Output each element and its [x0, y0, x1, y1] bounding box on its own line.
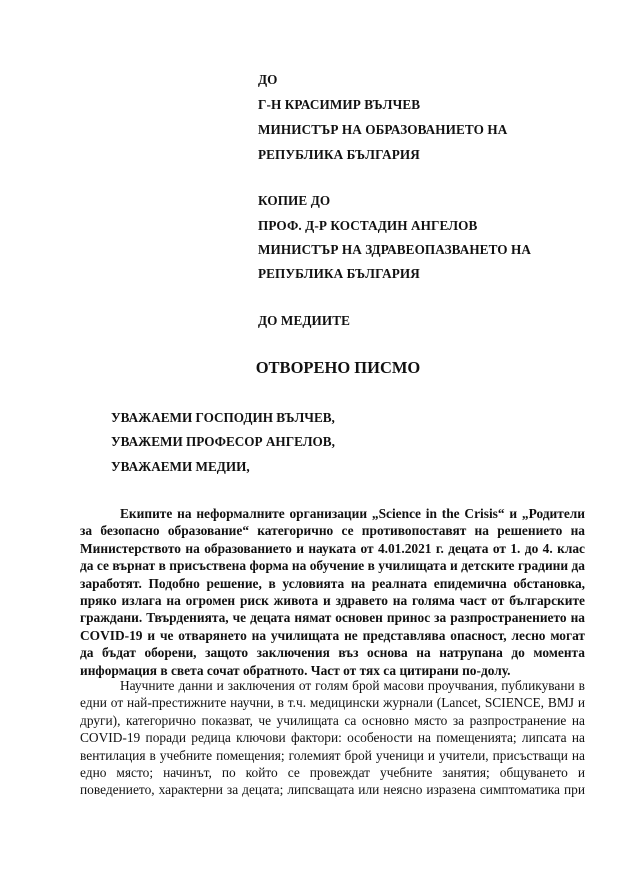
body-paragraph-1: Екипите на неформалните организации „Sci… — [80, 505, 585, 679]
paragraph-line: Научните данни и заключения от голям бро… — [80, 677, 585, 694]
paragraph-line: да бъдат оборени, защото заключения въз … — [80, 644, 585, 661]
salutation: УВАЖАЕМИ МЕДИИ, — [111, 459, 250, 475]
paragraph-line: да се върнат в присъствена форма на обуч… — [80, 557, 585, 574]
paragraph-line: COVID-19 поради редица ключови фактори: … — [80, 729, 585, 746]
copy-to-position-line1: МИНИСТЪР НА ЗДРАВЕОПАЗВАНЕТО НА — [258, 242, 531, 258]
copy-to-name: ПРОФ. Д-Р КОСТАДИН АНГЕЛОВ — [258, 218, 477, 234]
recipient-position-line1: МИНИСТЪР НА ОБРАЗОВАНИЕТО НА — [258, 122, 507, 138]
salutation: УВАЖАЕМИ ГОСПОДИН ВЪЛЧЕВ, — [111, 410, 335, 426]
paragraph-line: едно място; начинът, по който се провежд… — [80, 764, 585, 781]
recipient-name: Г-Н КРАСИМИР ВЪЛЧЕВ — [258, 97, 420, 113]
paragraph-line: граждани. Твърденията, че децата нямат о… — [80, 609, 585, 626]
paragraph-line: други), категорично показват, че училища… — [80, 712, 585, 729]
paragraph-line: заработят. Подобно решение, в условията … — [80, 575, 585, 592]
paragraph-line: пряко излага на огромен риск живота и зд… — [80, 592, 585, 609]
paragraph-line: поведението, характерни за децата; липсв… — [80, 781, 585, 798]
salutation: УВАЖЕМИ ПРОФЕСОР АНГЕЛОВ, — [111, 434, 335, 450]
recipient-to-label: ДО — [258, 72, 278, 88]
paragraph-line: Министерството на образованието и наукат… — [80, 540, 585, 557]
paragraph-line: за безопасно образование“ категорично се… — [80, 522, 585, 539]
letter-title: ОТВОРЕНО ПИСМО — [0, 358, 620, 378]
recipient-position-line2: РЕПУБЛИКА БЪЛГАРИЯ — [258, 147, 420, 163]
paragraph-line: едни от най-престижните научни, в т.ч. м… — [80, 694, 585, 711]
body-paragraph-2: Научните данни и заключения от голям бро… — [80, 677, 585, 799]
copy-to-position-line2: РЕПУБЛИКА БЪЛГАРИЯ — [258, 266, 420, 282]
paragraph-line: COVID-19 и че отварянето на училищата не… — [80, 627, 585, 644]
media-addressee: ДО МЕДИИТЕ — [258, 313, 350, 329]
copy-to-label: КОПИЕ ДО — [258, 193, 330, 209]
paragraph-line: Екипите на неформалните организации „Sci… — [80, 505, 585, 522]
paragraph-line: вентилация в учебните помещения; големия… — [80, 747, 585, 764]
